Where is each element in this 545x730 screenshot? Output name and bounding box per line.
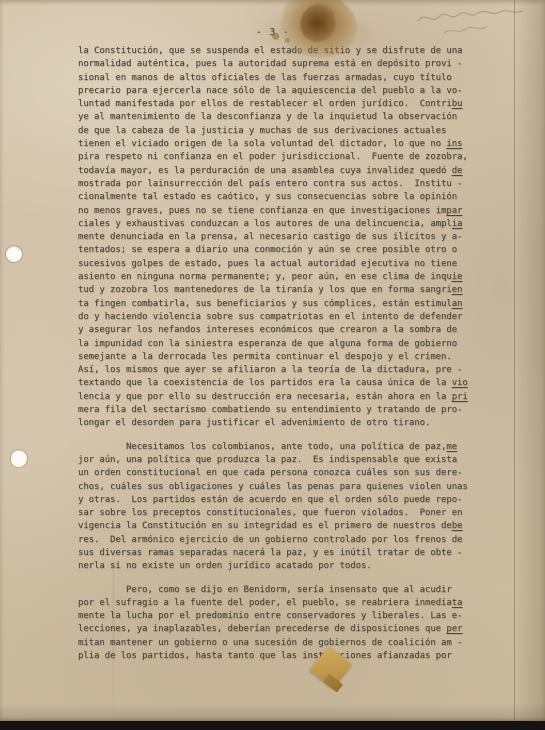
text-line: mitan mantener un gobierno o una sucesió… [78, 637, 490, 650]
text-line: lecciones, ya inaplazables, deberían pre… [78, 623, 490, 636]
text-line: ciales y exhaustivas conduzcan a los aut… [78, 218, 490, 231]
text-line: normalidad auténtica, pues la autoridad … [78, 58, 490, 71]
text-line: precario para ejercerla nace sólo de la … [78, 85, 490, 98]
text-line: sus diversas ramas separadas nacerá la p… [78, 547, 490, 560]
text-line: cionalmente tal estado es caótico, y sus… [78, 191, 490, 204]
text-line: textando que la coexistencia de los part… [78, 377, 490, 390]
text-line: de que la cabeza de la justicia y muchas… [78, 125, 490, 138]
text-line: tentados; se espera a diario una conmoci… [78, 244, 490, 257]
text-line: res. Del armónico ejercicio de un gobier… [78, 534, 490, 547]
word-break-underline: me [446, 442, 457, 452]
word-break-underline: de [452, 166, 463, 176]
text-line: chos, cuáles sus obligaciones y cuáles l… [78, 481, 490, 494]
scanned-document-photo: - 3 - la Constitución, que se suspenda e… [0, 0, 545, 730]
word-break-underline: ie [452, 272, 463, 282]
text-line: longar el desorden para justificar el ad… [78, 417, 490, 430]
text-line: semejante a la derrocada les permita con… [78, 351, 490, 364]
text-line: Pero, como se dijo en Benidorm, sería in… [78, 584, 490, 597]
text-line: por el sufragio a la fuente del poder, e… [78, 597, 490, 610]
text-line: y asegurar los nefandos intereses económ… [78, 324, 490, 337]
text-line: Así, los mismos que ayer se afiliaron a … [78, 364, 490, 377]
punch-hole-bottom [11, 450, 27, 467]
word-break-underline: ta [452, 598, 463, 608]
paragraph: Pero, como se dijo en Benidorm, sería in… [78, 584, 490, 664]
text-line: y otras. Los partidos están de acuerdo e… [78, 494, 490, 507]
text-line: mente denunciada en la prensa, al necesa… [78, 231, 490, 244]
text-line: jor aún, una política que produzca la pa… [78, 454, 490, 467]
text-line: mera fila del sectarismo combatiendo su … [78, 404, 490, 417]
text-line: mente la lucha por el predominio entre c… [78, 610, 490, 623]
text-line: un orden constitucional en que cada pers… [78, 467, 490, 480]
typewritten-text: la Constitución, que se suspenda el esta… [78, 45, 490, 663]
text-line: lencia y que por ello su destrucción era… [78, 391, 490, 404]
text-line: plia de los partidos, hasta tanto que la… [78, 650, 490, 663]
text-line: pira respeto ni confianza en el poder ju… [78, 151, 490, 164]
text-line: ye al mantenimiento de la desconfianza y… [78, 111, 490, 124]
word-break-underline: par [446, 206, 462, 216]
text-line: Necesitamos los colombianos, ante todo, … [78, 441, 490, 454]
text-line: asiento en ninguna norma permanente; y, … [78, 271, 490, 284]
text-line: la impunidad con la siniestra esperanza … [78, 338, 490, 351]
photo-background-strip [0, 721, 545, 730]
text-line: tud y zozobra los mantenedores de la tir… [78, 284, 490, 297]
text-line: sar sobre los preceptos constitucionales… [78, 507, 490, 520]
text-line: no menos graves, pues no se tiene confia… [78, 205, 490, 218]
ink-stain-flecks [268, 30, 294, 46]
text-line: mostrada por lainsurrección del país ent… [78, 178, 490, 191]
paragraph: Necesitamos los colombianos, ante todo, … [78, 441, 490, 574]
word-break-underline: vio [452, 378, 468, 388]
word-break-underline: ins [446, 139, 462, 149]
word-break-underline: pri [452, 392, 468, 402]
word-break-underline: en [452, 285, 463, 295]
punch-hole-top [6, 246, 22, 262]
text-line: sucesivos golpes de estado, pues la actu… [78, 258, 490, 271]
paragraph: la Constitución, que se suspenda el esta… [78, 45, 490, 431]
word-break-underline: bu [452, 99, 463, 109]
text-line: do y haciendo violencia sobre sus compat… [78, 311, 490, 324]
word-break-underline: be [452, 521, 463, 531]
pencil-annotation-icon [414, 3, 526, 39]
text-line: nerla si no existe un orden jurídico aca… [78, 560, 490, 573]
text-line: luntad manifestada por ellos de restable… [78, 98, 490, 111]
text-line: sional en manos de altos oficiales de la… [78, 72, 490, 85]
text-line: todavía mayor, es la perduración de una … [78, 165, 490, 178]
word-break-underline: ia [452, 219, 463, 229]
word-break-underline: per [446, 624, 462, 634]
text-line: ta fingen combatirla, sus beneficiarios … [78, 298, 490, 311]
text-line: tienen el viciado origen de la sola volu… [78, 138, 490, 151]
text-line: vigencia la Constitución en su integrida… [78, 520, 490, 533]
word-break-underline: an [452, 299, 463, 309]
